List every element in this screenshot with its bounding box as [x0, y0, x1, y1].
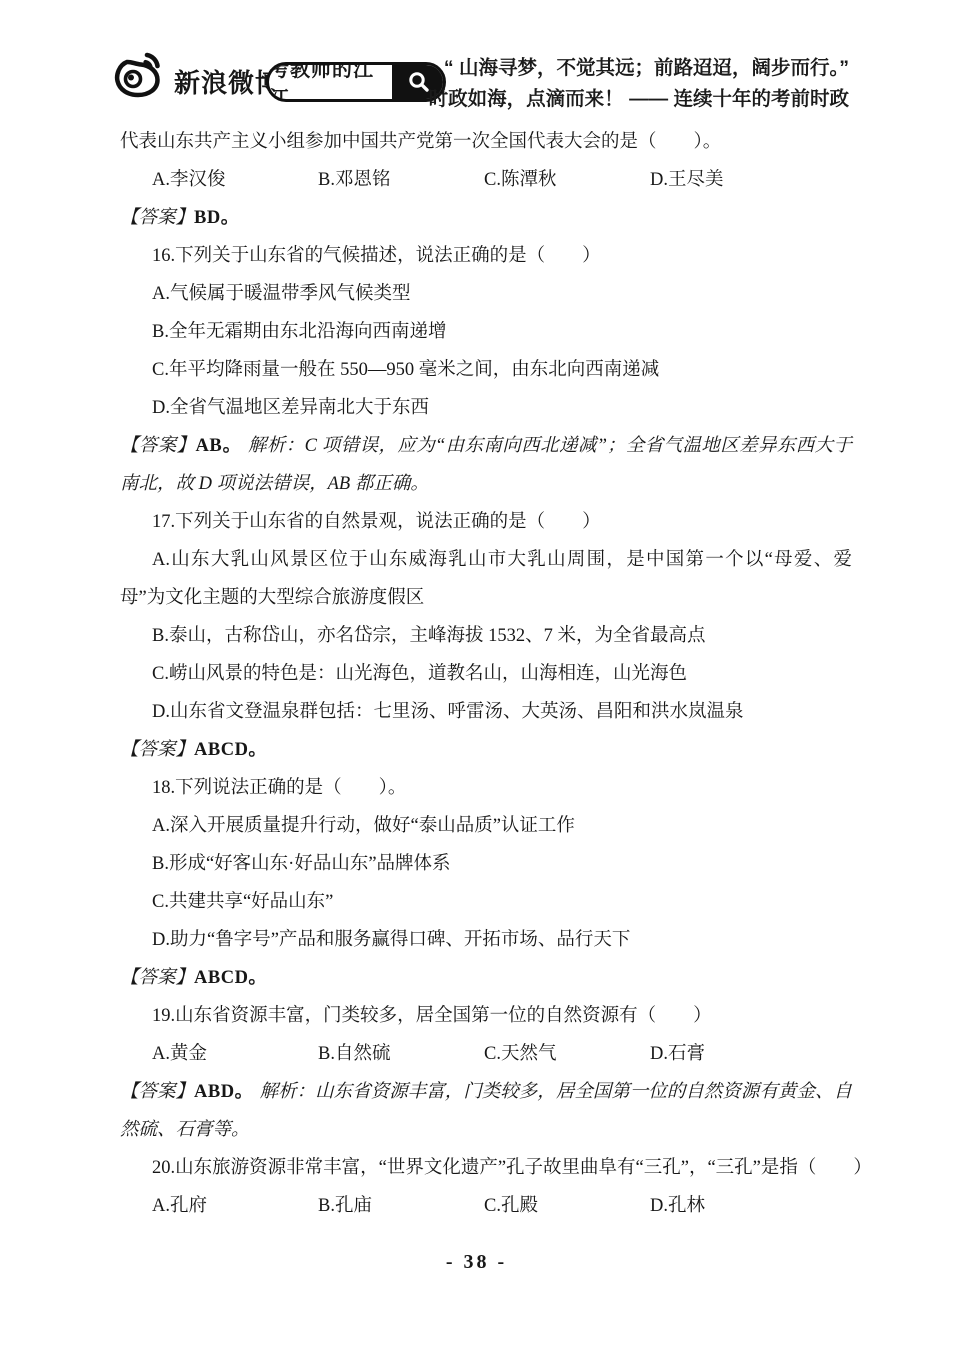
- option-c: C.孔殿: [484, 1187, 650, 1225]
- option-d: D.王尽美: [650, 161, 852, 199]
- question-16: 16.下列关于山东省的气候描述，说法正确的是（ ）: [120, 237, 852, 275]
- options-row: A.孔府 B.孔庙 C.孔殿 D.孔林: [120, 1187, 852, 1225]
- option-line-c: C.共建共享“好品山东”: [120, 883, 852, 921]
- page-header: 新浪微博 考教师的江江 “ 山海寻梦，不觉其远；前路迢迢，阔步而行。” 时政如海…: [0, 0, 953, 125]
- answer-line: 【答案】ABD。解析：山东省资源丰富，门类较多，居全国第一位的自然资源有黄金、自…: [120, 1073, 852, 1149]
- question-17: 17.下列关于山东省的自然景观，说法正确的是（ ）: [120, 503, 852, 541]
- option-line-c: C.崂山风景的特色是：山光海色，道教名山，山海相连，山光海色: [120, 655, 852, 693]
- question-continuation-line: 代表山东共产主义小组参加中国共产党第一次全国代表大会的是（ ）。: [120, 123, 852, 161]
- answer-label: 【答案】: [120, 740, 194, 760]
- search-account-name: 考教师的江江: [269, 65, 395, 99]
- header-slogan: “ 山海寻梦，不觉其远；前路迢迢，阔步而行。” 时政如海，点滴而来！ —— 连续…: [429, 53, 849, 115]
- answer-value: AB。: [196, 436, 242, 456]
- answer-label: 【答案】: [120, 968, 194, 988]
- option-line-a: A.深入开展质量提升行动，做好“泰山品质”认证工作: [120, 807, 852, 845]
- option-line-a: A.山东大乳山风景区位于山东威海乳山市大乳山周围，是中国第一个以“母爱、爱母”为…: [120, 541, 852, 617]
- answer-value: BD。: [194, 208, 240, 228]
- answer-value: ABD。: [194, 1082, 254, 1102]
- option-line-b: B.形成“好客山东·好品山东”品牌体系: [120, 845, 852, 883]
- option-c: C.天然气: [484, 1035, 650, 1073]
- option-line-c: C.年平均降雨量一般在 550—950 毫米之间，由东北向西南递减: [120, 351, 852, 389]
- option-b: B.邓恩铭: [318, 161, 484, 199]
- slogan-line-2: 时政如海，点滴而来！ —— 连续十年的考前时政: [429, 84, 849, 115]
- answer-value: ABCD。: [194, 968, 267, 988]
- option-d: D.孔林: [650, 1187, 852, 1225]
- search-pill: 考教师的江江: [266, 62, 446, 102]
- option-line-a: A.气候属于暖温带季风气候类型: [120, 275, 852, 313]
- option-line-b: B.泰山，古称岱山，亦名岱宗，主峰海拔 1532、7 米，为全省最高点: [120, 617, 852, 655]
- options-row: A.李汉俊 B.邓恩铭 C.陈潭秋 D.王尽美: [120, 161, 852, 199]
- option-a: A.黄金: [152, 1035, 318, 1073]
- options-row: A.黄金 B.自然硫 C.天然气 D.石膏: [120, 1035, 852, 1073]
- option-c: C.陈潭秋: [484, 161, 650, 199]
- answer-value: ABCD。: [194, 740, 267, 760]
- option-d: D.石膏: [650, 1035, 852, 1073]
- document-page: 新浪微博 考教师的江江 “ 山海寻梦，不觉其远；前路迢迢，阔步而行。” 时政如海…: [0, 0, 953, 1348]
- weibo-icon: [114, 46, 166, 102]
- option-b: B.孔庙: [318, 1187, 484, 1225]
- option-a: A.李汉俊: [152, 161, 318, 199]
- option-b: B.自然硫: [318, 1035, 484, 1073]
- option-line-d: D.助力“鲁字号”产品和服务赢得口碑、开拓市场、品行天下: [120, 921, 852, 959]
- question-18: 18.下列说法正确的是（ ）。: [120, 769, 852, 807]
- answer-line: 【答案】BD。: [120, 199, 852, 237]
- answer-label: 【答案】: [120, 1082, 194, 1102]
- option-a: A.孔府: [152, 1187, 318, 1225]
- page-number: - 38 -: [0, 1251, 953, 1274]
- answer-line: 【答案】AB。解析：C 项错误，应为“由东南向西北递减”；全省气温地区差异东西大…: [120, 427, 852, 503]
- option-line-b: B.全年无霜期由东北沿海向西南递增: [120, 313, 852, 351]
- question-20: 20.山东旅游资源非常丰富，“世界文化遗产”孔子故里曲阜有“三孔”，“三孔”是指…: [120, 1149, 852, 1187]
- option-line-d: D.全省气温地区差异南北大于东西: [120, 389, 852, 427]
- weibo-logo-group: 新浪微博: [114, 46, 282, 102]
- answer-line: 【答案】ABCD。: [120, 731, 852, 769]
- answer-label: 【答案】: [120, 208, 194, 228]
- answer-line: 【答案】ABCD。: [120, 959, 852, 997]
- document-content: 代表山东共产主义小组参加中国共产党第一次全国代表大会的是（ ）。 A.李汉俊 B…: [120, 123, 852, 1225]
- answer-label: 【答案】: [120, 436, 196, 456]
- option-line-d: D.山东省文登温泉群包括：七里汤、呼雷汤、大英汤、昌阳和洪水岚温泉: [120, 693, 852, 731]
- question-19: 19.山东省资源丰富，门类较多，居全国第一位的自然资源有（ ）: [120, 997, 852, 1035]
- slogan-line-1: “ 山海寻梦，不觉其远；前路迢迢，阔步而行。”: [429, 53, 849, 84]
